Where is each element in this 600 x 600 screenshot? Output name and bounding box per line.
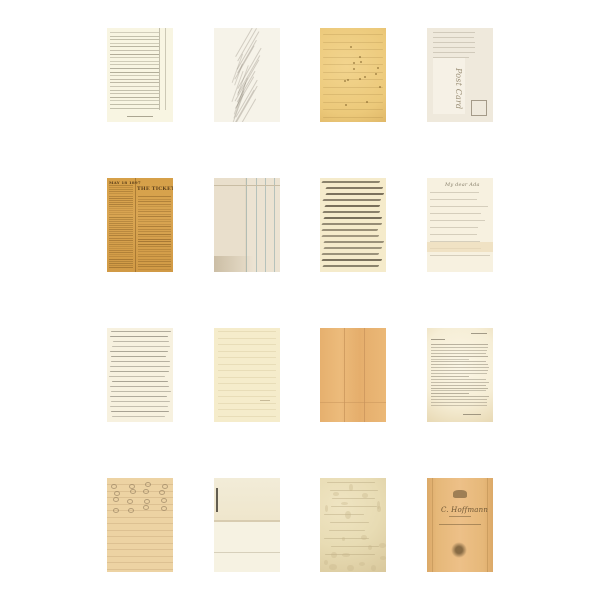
stain (214, 256, 280, 272)
script-stroke (112, 381, 168, 382)
script-stroke (324, 217, 383, 219)
script-stroke (110, 366, 171, 367)
script-stroke (325, 193, 384, 195)
faint-line (218, 338, 276, 339)
script-stroke (323, 109, 383, 110)
mottle (359, 562, 365, 566)
mottle (325, 505, 329, 512)
faint-line (218, 409, 276, 410)
typed-line (431, 382, 489, 383)
newsprint-line (138, 244, 171, 245)
newsprint-line (138, 221, 171, 222)
faint-line (218, 403, 276, 404)
newsprint-line (138, 229, 171, 230)
newsprint-line (109, 256, 133, 257)
newsprint-line (109, 210, 133, 211)
typed-line (431, 373, 487, 374)
ink-blot (345, 104, 347, 106)
script-stroke (323, 72, 383, 73)
newsprint-line (109, 202, 133, 203)
tile-cabinet-card-back[interactable]: C. Hoffmann (427, 478, 493, 572)
ledger-line (110, 108, 159, 109)
mottle (371, 565, 376, 571)
ledger-column-rule (159, 28, 160, 110)
tile-letter-with-heading[interactable]: My dear Ada (427, 178, 493, 272)
script-stroke (322, 235, 380, 237)
faint-line (218, 416, 276, 417)
text-line (430, 227, 478, 228)
envelope-line (214, 552, 280, 553)
newsprint-line (109, 250, 133, 251)
text-line (430, 213, 481, 214)
script-stroke (329, 522, 369, 523)
script-stroke (111, 391, 172, 392)
ink-blot (353, 68, 355, 70)
newsprint-line (109, 223, 133, 224)
newsprint-line (109, 242, 133, 243)
newsprint-line (138, 211, 171, 212)
typed-line (431, 405, 487, 406)
newsprint-line (138, 216, 171, 217)
script-stroke (322, 223, 383, 225)
figure-mark (114, 491, 120, 496)
newsprint-line (138, 236, 171, 237)
ink-blot (366, 101, 368, 103)
mottle (345, 511, 351, 519)
newsprint-line (109, 208, 133, 209)
figure-mark (144, 499, 150, 504)
text-line (430, 192, 479, 193)
ledger-line (110, 68, 159, 69)
script-stroke (323, 64, 383, 65)
floral-ornament (451, 542, 467, 558)
typed-line (431, 376, 469, 377)
typed-line (431, 393, 469, 394)
ledger-line (110, 61, 159, 62)
faint-line (218, 351, 276, 352)
script-stroke (322, 181, 380, 183)
script-stroke (331, 546, 380, 547)
text-line (430, 199, 477, 200)
ruled-line (107, 504, 173, 505)
fold-line (344, 328, 345, 422)
script-stroke (109, 396, 166, 397)
newsprint-line (138, 199, 171, 200)
mottle (324, 560, 328, 565)
newsprint-line (109, 204, 133, 205)
script-stroke (327, 482, 375, 483)
tile-golden-script-paper[interactable] (320, 28, 386, 122)
newsprint-line (109, 219, 133, 220)
newsprint-line (138, 209, 171, 210)
figure-mark (111, 484, 117, 489)
typed-line (431, 385, 486, 386)
mottle (379, 543, 386, 548)
script-stroke (322, 259, 383, 261)
tile-cursive-letter-light[interactable] (107, 328, 173, 422)
script-stroke (322, 265, 379, 267)
ledger-line (110, 64, 159, 65)
ledger-line (110, 54, 159, 55)
typed-line (431, 364, 488, 365)
script-mark (216, 488, 218, 512)
tile-folded-envelope-cream[interactable] (214, 478, 280, 572)
newspaper-masthead: THE TICKET IS RAN (137, 186, 173, 192)
faint-line (218, 377, 276, 378)
faint-line (218, 344, 276, 345)
text-line (433, 47, 475, 48)
ledger-line (110, 39, 159, 40)
fold-line (214, 185, 280, 186)
text-line (433, 32, 475, 33)
script-stroke (112, 416, 166, 417)
newsprint-line (109, 252, 133, 253)
fold-band (427, 242, 493, 252)
script-stroke (323, 57, 383, 58)
script-stroke (323, 79, 383, 80)
ledger-line (110, 46, 159, 47)
newsprint-line (109, 244, 133, 245)
newsprint-line (109, 261, 133, 262)
faint-line (218, 370, 276, 371)
newsprint-line (109, 214, 133, 215)
figure-mark (162, 484, 168, 489)
mottle (342, 537, 345, 541)
studio-subline (449, 516, 471, 517)
border-rule (487, 478, 488, 572)
newsprint-line (109, 193, 133, 194)
newsprint-line (138, 246, 171, 247)
text-line (430, 255, 490, 256)
border-rule (432, 478, 433, 572)
tile-mottled-script-paper[interactable] (320, 478, 386, 572)
newsprint-line (109, 246, 133, 247)
text-line (430, 220, 485, 221)
script-stroke (323, 42, 383, 43)
newsprint-line (109, 231, 133, 232)
figure-mark (159, 490, 165, 495)
script-stroke (324, 205, 380, 207)
ruled-line (107, 569, 173, 570)
newsprint-line (138, 234, 171, 235)
newsprint-line (109, 189, 133, 190)
mottle (361, 535, 367, 540)
mottle (333, 492, 339, 496)
typed-line (431, 379, 486, 380)
tile-ledger-list-page[interactable] (107, 28, 173, 122)
newsprint-line (138, 249, 171, 250)
typed-line (431, 361, 486, 362)
typed-line (431, 353, 486, 354)
ledger-line (110, 97, 159, 98)
newsprint-line (109, 196, 133, 197)
script-stroke (111, 356, 167, 357)
newsprint-line (138, 206, 171, 207)
newsprint-line (138, 266, 171, 267)
ink-blot (347, 79, 349, 81)
script-stroke (109, 351, 168, 352)
typed-line (431, 367, 489, 368)
faint-line (218, 390, 276, 391)
tile-handwritten-diagonal-note[interactable] (214, 28, 280, 122)
envelope-top (214, 478, 280, 520)
typed-line (431, 388, 488, 389)
script-stroke (323, 211, 381, 213)
newsprint-line (109, 221, 133, 222)
tile-orange-folded-paper[interactable] (320, 328, 386, 422)
script-stroke (325, 187, 382, 189)
newsprint-line (138, 239, 171, 240)
newsprint-line (109, 263, 133, 264)
ruled-line (107, 556, 173, 557)
typed-line (431, 396, 489, 397)
typed-line (431, 347, 488, 348)
newsprint-line (109, 206, 133, 207)
tile-post-card-back[interactable]: Post Card (427, 28, 493, 122)
script-stroke (323, 102, 383, 103)
fold-line (364, 328, 365, 422)
post-card-label: Post Card (454, 68, 463, 109)
newsprint-line (109, 240, 133, 241)
salutation (431, 339, 445, 340)
newsprint-line (109, 198, 133, 199)
typed-line (431, 359, 469, 360)
ledger-line (110, 90, 159, 91)
ink-blot (359, 78, 361, 80)
ledger-line (110, 104, 159, 105)
newsprint-line (109, 225, 133, 226)
typed-line (431, 402, 487, 403)
text-line (433, 42, 475, 43)
script-stroke (324, 247, 383, 249)
newsprint-line (109, 200, 133, 201)
newsprint-line (138, 264, 171, 265)
script-stroke (109, 376, 166, 377)
tile-cursive-letter-dark[interactable] (320, 178, 386, 272)
newsprint-line (109, 267, 133, 268)
mottle (377, 506, 381, 511)
newsprint-line (138, 224, 171, 225)
tile-ruled-arithmetic-sheet[interactable] (107, 478, 173, 572)
script-stroke (330, 490, 378, 491)
newsprint-line (109, 235, 133, 236)
script-stroke (110, 331, 170, 332)
ruled-line (107, 523, 173, 524)
faint-line (218, 396, 276, 397)
letter-heading: My dear Ada (445, 182, 480, 188)
script-stroke (323, 117, 383, 118)
newsprint-line (109, 265, 133, 266)
newsprint-line (109, 191, 133, 192)
newsprint-line (138, 196, 171, 197)
newsprint-line (138, 251, 171, 252)
newsprint-line (109, 248, 133, 249)
newsprint-line (109, 227, 133, 228)
script-stroke (323, 241, 384, 243)
newsprint-line (109, 233, 133, 234)
mottle (368, 545, 372, 550)
newsprint-line (138, 241, 171, 242)
script-stroke (322, 229, 379, 231)
figure-mark (113, 497, 119, 502)
ruled-line (107, 549, 173, 550)
tile-typed-letter[interactable] (427, 328, 493, 422)
studio-name: C. Hoffmann (441, 506, 488, 514)
tile-plain-cream-letter[interactable] (214, 328, 280, 422)
studio-address (439, 524, 481, 525)
envelope-edge (214, 520, 280, 522)
script-stroke (110, 336, 169, 337)
text-line (430, 206, 488, 207)
ledger-line (110, 72, 159, 73)
faint-line (218, 331, 276, 332)
faint-line (218, 357, 276, 358)
newsprint-line (138, 219, 171, 220)
ink-blot (375, 73, 377, 75)
text-line (433, 37, 474, 38)
newsprint-line (138, 269, 171, 270)
figure-mark (129, 484, 135, 489)
script-stroke (111, 361, 171, 362)
mottle (380, 556, 386, 560)
newsprint-line (138, 204, 171, 205)
faint-line (218, 383, 276, 384)
newsprint-line (109, 259, 133, 260)
newsprint-line (138, 254, 171, 255)
script-stroke (331, 498, 374, 499)
script-stroke (323, 199, 382, 201)
typed-line (431, 399, 487, 400)
newsprint-line (138, 201, 171, 202)
newsprint-line (138, 231, 171, 232)
newsprint-line (109, 185, 133, 186)
ruled-line (107, 543, 173, 544)
text-line (433, 52, 475, 53)
mottle (329, 564, 337, 569)
figure-mark (113, 508, 119, 513)
figure-mark (128, 508, 134, 513)
ledger-line (110, 50, 159, 51)
fold-line (320, 402, 386, 403)
date-line (471, 333, 487, 334)
text-line (430, 234, 477, 235)
script-stroke (111, 401, 170, 402)
newsprint-line (109, 238, 133, 239)
ruled-line (107, 536, 173, 537)
typed-line (431, 356, 488, 357)
mottle (342, 553, 350, 557)
mottle (341, 502, 348, 505)
figure-mark (145, 482, 151, 487)
tile-newspaper-clipping[interactable]: MAY 18 1897THE TICKET IS RAN (107, 178, 173, 272)
typed-line (431, 344, 488, 345)
ink-blot (350, 46, 352, 48)
newsprint-line (109, 254, 133, 255)
script-stroke (329, 530, 366, 531)
newsprint-line (138, 256, 171, 257)
newsprint-line (109, 212, 133, 213)
newsprint-line (109, 187, 133, 188)
ledger-line (110, 75, 159, 76)
script-stroke (323, 49, 383, 50)
script-stroke (323, 34, 383, 35)
ledger-line (110, 36, 159, 37)
signature-mark (260, 400, 270, 401)
ledger-line (110, 32, 159, 33)
newsprint-line (109, 217, 133, 218)
faint-line (218, 364, 276, 365)
figure-mark (143, 489, 149, 494)
ledger-line (110, 82, 159, 83)
newsprint-line (138, 226, 171, 227)
ledger-column-rule (165, 28, 166, 110)
newsprint-line (138, 214, 171, 215)
script-stroke (323, 94, 383, 95)
figure-mark (130, 489, 136, 494)
typed-line (431, 350, 487, 351)
ledger-line (110, 86, 159, 87)
ink-blot (377, 67, 379, 69)
figure-mark (161, 498, 167, 503)
script-stroke (109, 386, 169, 387)
script-stroke (112, 341, 169, 342)
mottle (331, 552, 337, 558)
mottle (349, 484, 352, 491)
ruled-line (107, 562, 173, 563)
ledger-footer (127, 116, 153, 117)
stamp-box (471, 100, 487, 116)
ledger-line (110, 43, 159, 44)
script-stroke (322, 253, 379, 255)
ink-blot (364, 76, 366, 78)
newsprint-line (138, 261, 171, 262)
script-stroke (110, 406, 168, 407)
typed-line (431, 390, 486, 391)
mottle (347, 565, 353, 572)
ruled-line (107, 530, 173, 531)
ledger-line (110, 79, 159, 80)
script-stroke (110, 411, 169, 412)
ink-blot (360, 61, 362, 63)
ruled-line (107, 517, 173, 518)
tile-folded-ruled-ledger[interactable] (214, 178, 280, 272)
script-stroke (112, 346, 170, 347)
script-stroke (323, 87, 383, 88)
ledger-line (110, 57, 159, 58)
ink-blot (379, 86, 381, 88)
script-stroke (110, 371, 170, 372)
script-stroke (330, 506, 376, 507)
typed-line (431, 370, 488, 371)
crest-emblem (453, 490, 467, 498)
newsprint-line (109, 229, 133, 230)
newsprint-line (138, 259, 171, 260)
ledger-line (110, 100, 159, 101)
column-rule (135, 178, 136, 272)
ledger-line (110, 93, 159, 94)
figure-mark (161, 506, 167, 511)
ink-blot (344, 80, 346, 82)
signature (463, 414, 481, 415)
